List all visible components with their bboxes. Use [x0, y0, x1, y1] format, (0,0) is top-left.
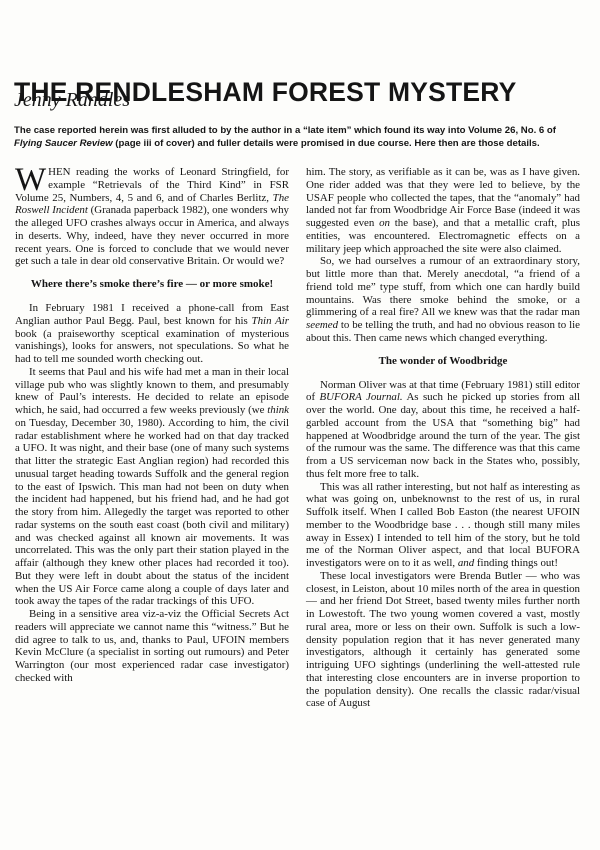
paragraph-text: So, we had ourselves a rumour of an extr…	[306, 255, 580, 318]
paragraph: So, we had ourselves a rumour of an extr…	[306, 255, 580, 344]
intro-text: (page iii of cover) and fuller details w…	[113, 138, 540, 149]
section-heading: The wonder of Woodbridge	[306, 355, 580, 368]
paragraph-text: on Tuesday, December 30, 1980). Accordin…	[15, 417, 289, 608]
journal-name: BUFORA Journal.	[319, 391, 402, 403]
paragraph-text: As such he picked up stories from all ov…	[306, 391, 580, 480]
paragraph: This was all rather interesting, but not…	[306, 481, 580, 570]
paragraph-text: In February 1981 I received a phone-call…	[15, 302, 289, 327]
paragraph: Norman Oliver was at that time (February…	[306, 379, 580, 481]
article-intro: The case reported herein was first allud…	[14, 125, 586, 150]
emphasis: and	[458, 557, 474, 569]
book-title: Thin Air	[252, 315, 289, 327]
section-heading: Where there’s smoke there’s fire — or mo…	[15, 278, 289, 291]
paragraph: Being in a sensitive area viz-a-viz the …	[15, 608, 289, 685]
emphasis: on	[379, 217, 390, 229]
paragraph: In February 1981 I received a phone-call…	[15, 302, 289, 366]
paragraph-text: book (a praiseworthy sceptical examinati…	[15, 328, 289, 366]
intro-text: The case reported herein was first allud…	[14, 125, 556, 136]
emphasis: think	[267, 404, 289, 416]
author-byline: Jenny Randles	[14, 88, 130, 112]
paragraph-text: HEN reading the works of Leonard Stringf…	[15, 166, 289, 204]
paragraph: It seems that Paul and his wife had met …	[15, 366, 289, 608]
paragraph: him. The story, as verifiable as it can …	[306, 166, 580, 255]
intro-journal-name: Flying Saucer Review	[14, 138, 113, 149]
paragraph-text: It seems that Paul and his wife had met …	[15, 366, 289, 416]
paragraph: These local investigators were Brenda Bu…	[306, 570, 580, 710]
emphasis: seemed	[306, 319, 338, 331]
paragraph: WHEN reading the works of Leonard String…	[15, 166, 289, 268]
paragraph-text: finding things out!	[474, 557, 558, 569]
paragraph-text: This was all rather interesting, but not…	[306, 481, 580, 570]
right-column: him. The story, as verifiable as it can …	[306, 166, 580, 710]
paragraph-text: to be telling the truth, and had no obvi…	[306, 319, 580, 344]
left-column: WHEN reading the works of Leonard String…	[15, 166, 289, 685]
drop-cap: W	[15, 167, 46, 193]
